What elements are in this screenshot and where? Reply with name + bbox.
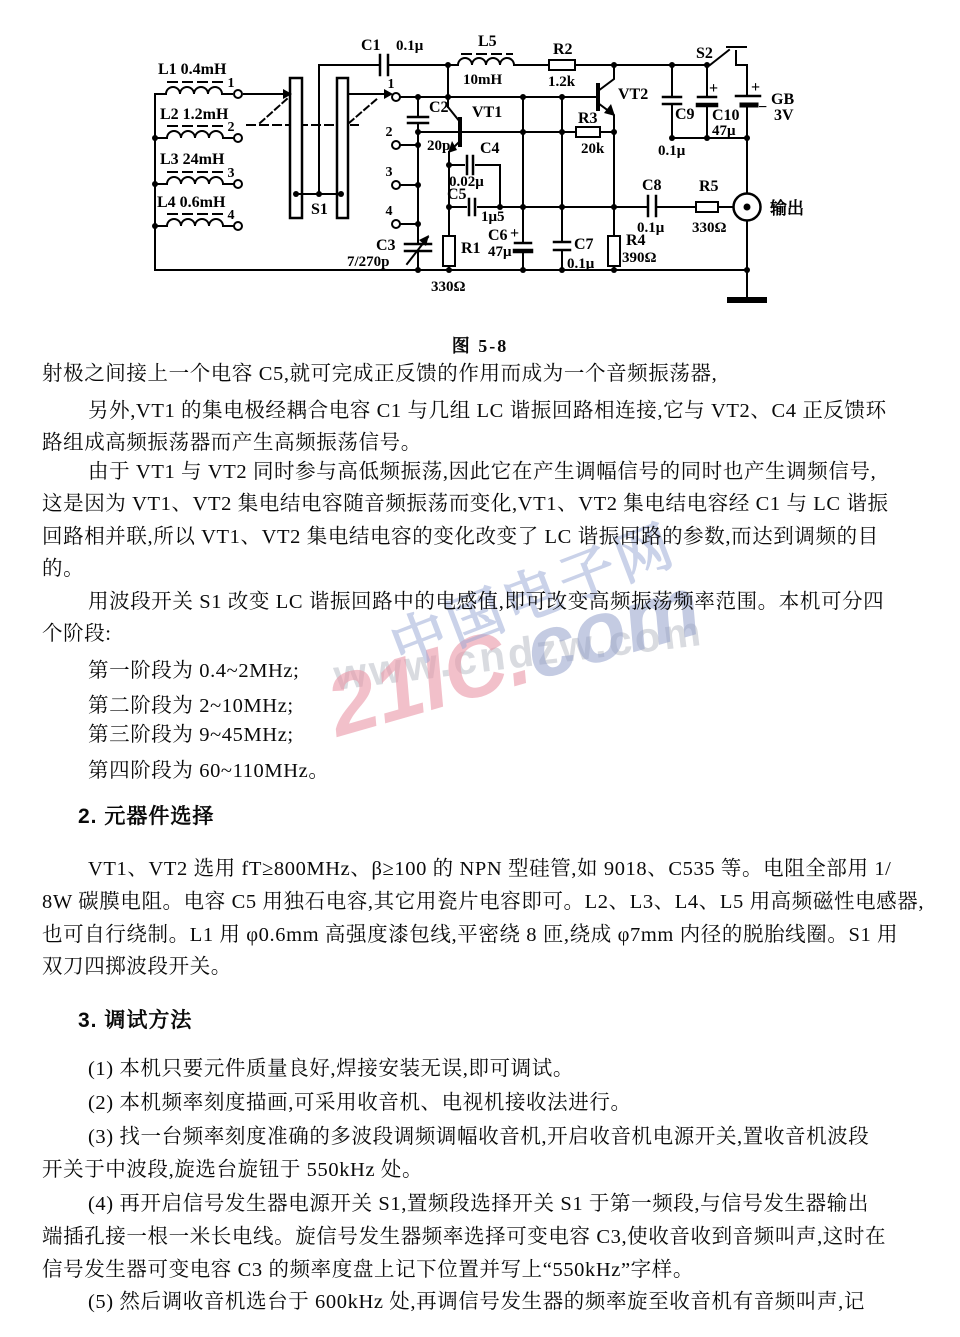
- body-line: VT1、VT2 选用 fT≥800MHz、β≥100 的 NPN 型硅管,如 9…: [42, 856, 960, 882]
- resistor-r2: [549, 60, 575, 70]
- label-c8v: 0.1μ: [637, 220, 665, 236]
- inductor-l1: [155, 87, 232, 94]
- body-line: 这是因为 VT1、VT2 集电结电容随音频振荡而变化,VT1、VT2 集电结电容…: [42, 491, 932, 517]
- body-line: (1) 本机只要元件质量良好,焊接安装无误,即可调试。: [42, 1056, 960, 1082]
- body-line: 射极之间接上一个电容 C5,就可完成正反馈的作用而成为一个音频振荡器,: [42, 361, 932, 387]
- wiper-diag-left: [260, 98, 288, 123]
- terminal-2: [234, 134, 242, 142]
- label-l2: L2 1.2mH: [160, 106, 229, 123]
- label-c10: C10: [712, 107, 740, 124]
- scanned-book-page: L1 0.4mH L2 1.2mH L3 24mH L4 0.6mH 1 2 3…: [0, 0, 960, 1337]
- label-r3v: 20k: [581, 141, 605, 157]
- label-r5v: 330Ω: [692, 220, 727, 236]
- label-c3: C3: [376, 237, 396, 254]
- vt2-collector: [598, 65, 614, 91]
- label-vt2: VT2: [618, 86, 648, 103]
- label-l1: L1 0.4mH: [158, 61, 227, 78]
- label-c5: C5: [447, 186, 467, 203]
- body-line: 开关于中波段,旋选台旋钮于 550kHz 处。: [42, 1157, 932, 1183]
- label-r2v: 1.2k: [548, 74, 576, 90]
- label-c6: C6: [488, 227, 508, 244]
- terminal-4: [234, 222, 242, 230]
- body-line: 也可自行绕制。L1 用 φ0.6mm 高强度漆包线,平密绕 8 匝,绕成 φ7m…: [42, 922, 932, 948]
- contact-1: [392, 93, 400, 101]
- body-line: 双刀四掷波段开关。: [42, 954, 932, 980]
- body-line: 第一阶段为 0.4~2MHz;: [42, 658, 960, 684]
- body-line: 路组成高频振荡器而产生高频振荡信号。: [42, 430, 932, 456]
- body-line: (5) 然后调收音机选台于 600kHz 处,再调信号发生器的频率旋至收音机有音…: [42, 1289, 960, 1315]
- label-c1n: 1: [388, 77, 395, 92]
- label-vt1: VT1: [472, 104, 502, 121]
- label-c10-plus: +: [709, 80, 718, 97]
- circuit-diagram: L1 0.4mH L2 1.2mH L3 24mH L4 0.6mH 1 2 3…: [0, 0, 960, 320]
- cap-c7: [554, 242, 570, 250]
- label-c1: C1: [361, 37, 381, 54]
- label-t2: 2: [228, 120, 235, 135]
- figure-caption: 图 5-8: [0, 332, 960, 358]
- body-line: 由于 VT1 与 VT2 同时参与高低频振荡,因此它在产生调幅信号的同时也产生调…: [42, 459, 960, 485]
- body-line: 回路相并联,所以 VT1、VT2 集电结电容的变化改变了 LC 谐振回路的参数,…: [42, 524, 932, 550]
- cap-c1: [380, 55, 388, 75]
- label-r4v: 390Ω: [622, 250, 657, 266]
- label-t3: 3: [228, 166, 235, 181]
- label-c7: C7: [574, 236, 594, 253]
- body-line: 端插孔接一根一米长电线。旋信号发生器频率选择可变电容 C3,使收音收到音频叫声,…: [42, 1224, 932, 1250]
- label-gb: GB: [771, 91, 794, 108]
- wiper-diag-right: [349, 98, 378, 123]
- label-gb-minus: −: [758, 99, 767, 116]
- section-heading-components: 2. 元器件选择: [42, 804, 960, 830]
- label-gbv: 3V: [774, 107, 794, 124]
- body-line: 的。: [42, 556, 932, 582]
- label-c9: C9: [675, 106, 695, 123]
- body-line: 第二阶段为 2~10MHz;: [42, 693, 960, 719]
- label-t1: 1: [228, 76, 235, 91]
- label-s1: S1: [311, 201, 328, 218]
- resistor-r5: [696, 202, 718, 212]
- body-line: 个阶段:: [42, 621, 932, 647]
- label-c6-plus: +: [510, 225, 519, 242]
- body-line: 第三阶段为 9~45MHz;: [42, 722, 960, 748]
- label-c3n: 3: [386, 165, 393, 180]
- section-heading-debug: 3. 调试方法: [42, 1008, 960, 1034]
- inductor-l5: [448, 58, 549, 65]
- label-r5: R5: [699, 178, 719, 195]
- inductor-l4: [155, 219, 233, 226]
- body-line: (3) 找一台频率刻度准确的多波段调频调幅收音机,开启收音机电源开关,置收音机波…: [42, 1124, 960, 1150]
- resistor-r1: [443, 236, 455, 266]
- label-c1v: 0.1μ: [396, 38, 424, 54]
- body-line: 用波段开关 S1 改变 LC 谐振回路中的电感值,即可改变高频振荡频率范围。本机…: [42, 589, 960, 615]
- label-c6v: 47μ: [488, 244, 512, 260]
- switch-s1-bar2: [337, 78, 348, 218]
- label-c10v: 47μ: [712, 123, 736, 139]
- label-c4: C4: [480, 140, 500, 157]
- inductor-l3: [155, 177, 233, 184]
- terminal-3: [234, 180, 242, 188]
- contact-4: [392, 220, 400, 228]
- label-c3v: 7/270p: [347, 254, 390, 270]
- label-l5v: 10mH: [463, 72, 502, 88]
- body-line: (2) 本机频率刻度描画,可采用收音机、电视机接收法进行。: [42, 1090, 960, 1116]
- label-l5: L5: [478, 33, 497, 50]
- contact-2: [392, 141, 400, 149]
- label-r1v: 330Ω: [431, 279, 466, 295]
- label-c5v: 1μ5: [481, 209, 505, 225]
- body-line: 8W 碳膜电阻。电容 C5 用独石电容,其它用瓷片电容即可。L2、L3、L4、L…: [42, 889, 932, 915]
- label-r2: R2: [553, 41, 573, 58]
- resistor-r4: [608, 236, 620, 266]
- contact-3: [392, 181, 400, 189]
- inductor-l2: [155, 131, 233, 138]
- body-line: (4) 再开启信号发生器电源开关 S1,置频段选择开关 S1 于第一频段,与信号…: [42, 1191, 960, 1217]
- body-line: 另外,VT1 的集电极经耦合电容 C1 与几组 LC 谐振回路相连接,它与 VT…: [42, 398, 960, 424]
- body-line: 信号发生器可变电容 C3 的频率度盘上记下位置并写上“550kHz”字样。: [42, 1257, 932, 1283]
- label-output: 输出: [769, 198, 804, 218]
- cap-c5: [469, 199, 475, 215]
- label-r1: R1: [461, 240, 481, 257]
- cap-c9: [663, 97, 681, 104]
- output-jack-pin: [744, 204, 751, 211]
- cap-c2: [408, 117, 428, 123]
- cap-c4: [467, 156, 473, 174]
- wire-battery-top: [736, 65, 747, 95]
- label-t4: 4: [228, 208, 235, 223]
- label-c2v: 20p: [427, 138, 450, 154]
- label-c9v: 0.1μ: [658, 143, 686, 159]
- label-s2: S2: [696, 45, 713, 62]
- body-line: 第四阶段为 60~110MHz。: [42, 758, 960, 784]
- terminal-1: [234, 90, 242, 98]
- label-l4: L4 0.6mH: [157, 194, 226, 211]
- label-l3: L3 24mH: [160, 151, 225, 168]
- label-c8: C8: [642, 177, 662, 194]
- resistor-r3: [576, 127, 600, 137]
- vt2-emitter-arrow: [604, 104, 615, 116]
- label-c2n: 2: [386, 125, 393, 140]
- cap-c8: [648, 196, 656, 216]
- label-c7v: 0.1μ: [567, 256, 595, 272]
- label-r3: R3: [578, 110, 598, 127]
- label-c2: C2: [429, 99, 449, 116]
- label-gb-plus: +: [751, 79, 760, 96]
- label-c4n: 4: [386, 204, 393, 219]
